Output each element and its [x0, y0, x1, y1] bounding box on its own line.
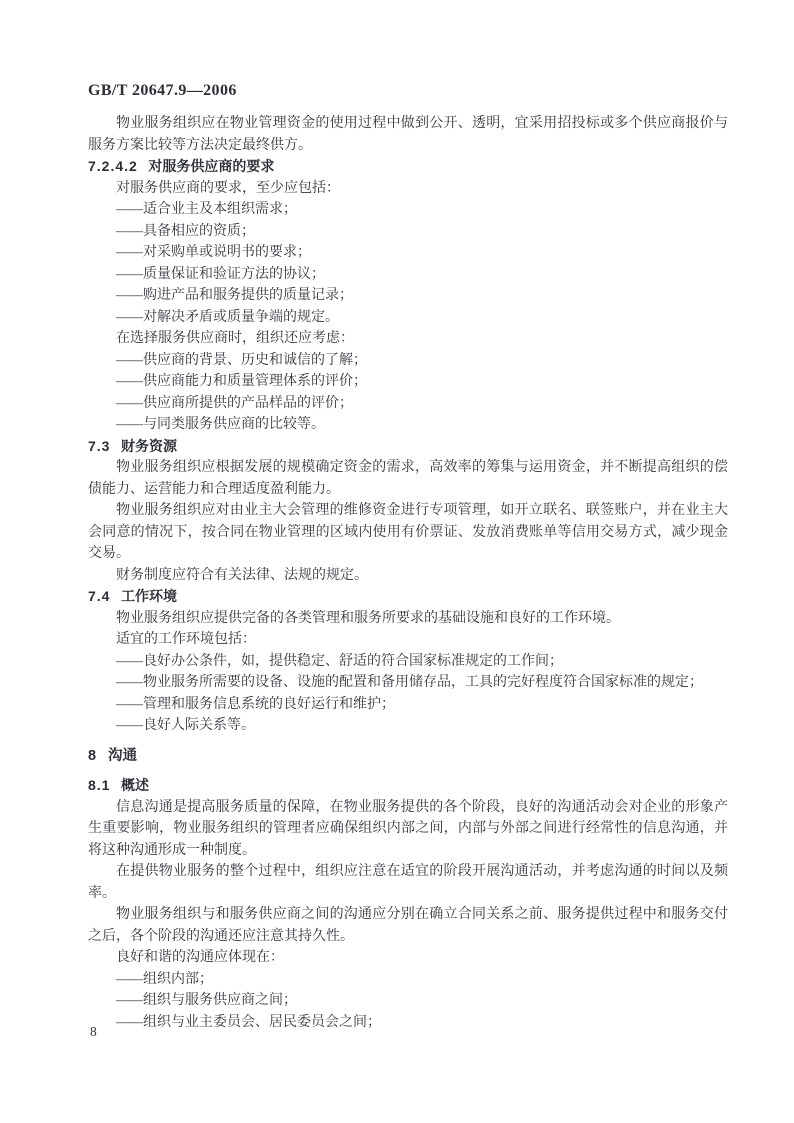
- body-paragraph: 物业服务组织应根据发展的规模确定资金的需求，高效率的筹集与运用资金，并不断提高组…: [88, 457, 728, 500]
- dash-item-text: 组织内部；: [143, 972, 213, 987]
- section-title: 概述: [121, 777, 149, 793]
- dash-item: ——对采购单或说明书的要求；: [88, 242, 728, 264]
- dash-marker: ——: [116, 417, 143, 432]
- body-paragraph: 信息沟通是提高服务质量的保障，在物业服务提供的各个阶段，良好的沟通活动会对企业的…: [88, 797, 728, 862]
- body-paragraph: 对服务供应商的要求，至少应包括：: [88, 178, 728, 200]
- dash-marker: ——: [116, 288, 143, 303]
- chapter-heading: 8沟通: [88, 746, 728, 768]
- dash-item: ——组织内部；: [88, 969, 728, 991]
- dash-marker: ——: [116, 654, 143, 669]
- dash-item: ——物业服务所需要的设备、设施的配置和备用储存品，工具的完好程度符合国家标准的规…: [88, 672, 728, 694]
- dash-item-text: 与同类服务供应商的比较等。: [143, 417, 325, 432]
- section-number: 8.1: [88, 777, 110, 793]
- page-number: 8: [90, 1024, 97, 1039]
- section-title: 财务资源: [121, 438, 177, 454]
- dash-item-text: 供应商能力和质量管理体系的评价；: [143, 374, 367, 389]
- section-title: 对服务供应商的要求: [148, 158, 274, 174]
- dash-marker: ——: [116, 718, 143, 733]
- dash-marker: ——: [116, 224, 143, 239]
- dash-item: ——购进产品和服务提供的质量记录；: [88, 285, 728, 307]
- page-footer: 8: [90, 1024, 97, 1040]
- dash-item-text: 组织与业主委员会、居民委员会之间；: [143, 1015, 381, 1030]
- dash-item-text: 购进产品和服务提供的质量记录；: [143, 288, 353, 303]
- dash-marker: ——: [116, 396, 143, 411]
- dash-item-text: 良好办公条件，如，提供稳定、舒适的符合国家标准规定的工作间；: [143, 654, 563, 669]
- dash-item: ——质量保证和验证方法的协议；: [88, 264, 728, 286]
- dash-item: ——组织与服务供应商之间；: [88, 990, 728, 1012]
- dash-marker: ——: [116, 675, 143, 690]
- dash-item-text: 管理和服务信息系统的良好运行和维护；: [143, 697, 395, 712]
- body-paragraph: 适宜的工作环境包括：: [88, 629, 728, 651]
- dash-marker: ——: [116, 697, 143, 712]
- body-paragraph: 良好和谐的沟通应体现在：: [88, 947, 728, 969]
- dash-item-text: 良好人际关系等。: [143, 718, 255, 733]
- body-paragraph: 物业服务组织与和服务供应商之间的沟通应分别在确立合同关系之前、服务提供过程中和服…: [88, 904, 728, 947]
- dash-item: ——良好办公条件，如，提供稳定、舒适的符合国家标准规定的工作间；: [88, 651, 728, 673]
- dash-item-text: 供应商的背景、历史和诚信的了解；: [143, 353, 367, 368]
- dash-marker: ——: [116, 1015, 143, 1030]
- dash-marker: ——: [116, 310, 143, 325]
- dash-item-text: 适合业主及本组织需求；: [143, 202, 297, 217]
- dash-item-text: 具备相应的资质；: [143, 224, 255, 239]
- running-header-standard-number: GB/T 20647.9—2006: [88, 82, 237, 100]
- dash-item-text: 供应商所提供的产品样品的评价；: [143, 396, 353, 411]
- dash-item: ——与同类服务供应商的比较等。: [88, 414, 728, 436]
- section-heading: 8.1概述: [88, 775, 728, 797]
- chapter-title: 沟通: [108, 748, 137, 764]
- body-paragraph: 物业服务组织应在物业管理资金的使用过程中做到公开、透明，宜采用招投标或多个供应商…: [88, 113, 728, 156]
- dash-marker: ——: [116, 245, 143, 260]
- dash-item-text: 对解决矛盾或质量争端的规定。: [143, 310, 339, 325]
- dash-item: ——适合业主及本组织需求；: [88, 199, 728, 221]
- dash-marker: ——: [116, 972, 143, 987]
- dash-marker: ——: [116, 353, 143, 368]
- chapter-number: 8: [88, 748, 97, 764]
- dash-item: ——供应商的背景、历史和诚信的了解；: [88, 350, 728, 372]
- dash-item: ——良好人际关系等。: [88, 715, 728, 737]
- body-paragraph: 物业服务组织应提供完备的各类管理和服务所要求的基础设施和良好的工作环境。: [88, 608, 728, 630]
- section-heading: 7.2.4.2对服务供应商的要求: [88, 156, 728, 178]
- section-title: 工作环境: [121, 588, 177, 604]
- dash-item-text: 物业服务所需要的设备、设施的配置和备用储存品，工具的完好程度符合国家标准的规定；: [143, 675, 703, 690]
- dash-marker: ——: [116, 374, 143, 389]
- dash-marker: ——: [116, 202, 143, 217]
- document-page: GB/T 20647.9—2006 物业服务组织应在物业管理资金的使用过程中做到…: [0, 0, 794, 1123]
- body-paragraph: 在提供物业服务的整个过程中，组织应注意在适宜的阶段开展沟通活动，并考虑沟通的时间…: [88, 861, 728, 904]
- dash-marker: ——: [116, 993, 143, 1008]
- section-heading: 7.4工作环境: [88, 586, 728, 608]
- dash-item-text: 质量保证和验证方法的协议；: [143, 267, 325, 282]
- dash-item-text: 组织与服务供应商之间；: [143, 993, 297, 1008]
- document-body: 物业服务组织应在物业管理资金的使用过程中做到公开、透明，宜采用招投标或多个供应商…: [88, 113, 728, 1033]
- section-number: 7.2.4.2: [88, 158, 138, 174]
- dash-item: ——组织与业主委员会、居民委员会之间；: [88, 1012, 728, 1034]
- section-heading: 7.3财务资源: [88, 436, 728, 458]
- dash-item: ——具备相应的资质；: [88, 221, 728, 243]
- body-paragraph: 在选择服务供应商时，组织还应考虑：: [88, 328, 728, 350]
- body-paragraph: 财务制度应符合有关法律、法规的规定。: [88, 565, 728, 587]
- section-number: 7.4: [88, 588, 110, 604]
- dash-item: ——供应商能力和质量管理体系的评价；: [88, 371, 728, 393]
- section-number: 7.3: [88, 438, 110, 454]
- dash-item-text: 对采购单或说明书的要求；: [143, 245, 311, 260]
- body-paragraph: 物业服务组织应对由业主大会管理的维修资金进行专项管理，如开立联名、联签账户，并在…: [88, 500, 728, 565]
- dash-item: ——供应商所提供的产品样品的评价；: [88, 393, 728, 415]
- dash-item: ——管理和服务信息系统的良好运行和维护；: [88, 694, 728, 716]
- dash-marker: ——: [116, 267, 143, 282]
- dash-item: ——对解决矛盾或质量争端的规定。: [88, 307, 728, 329]
